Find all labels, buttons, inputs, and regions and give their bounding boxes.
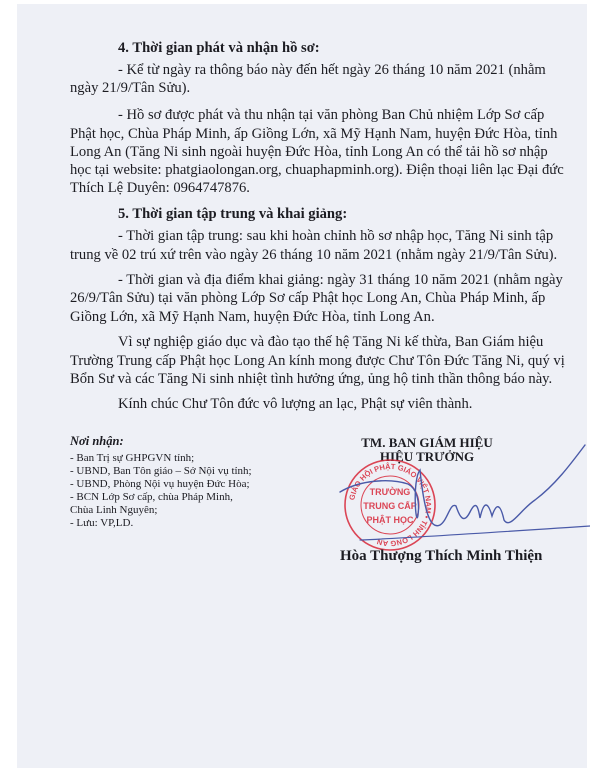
recipient-item: - UBND, Ban Tôn giáo – Sở Nội vụ tỉnh;: [70, 465, 252, 478]
signer-name: Hòa Thượng Thích Minh Thiện: [340, 548, 542, 565]
section-4-p2-line1: - Hồ sơ được phát và thu nhận tại văn ph…: [118, 107, 538, 124]
recipient-item: Chùa Linh Nguyên;: [70, 504, 157, 517]
section-4-p2-line3: Long An (Tăng Ni sinh ngoài huyện Đức Hò…: [70, 144, 538, 161]
recipient-item: - Ban Trị sự GHPGVN tỉnh;: [70, 452, 194, 465]
recipient-item: - BCN Lớp Sơ cấp, chùa Pháp Minh,: [70, 491, 233, 504]
handwritten-signature-icon: [320, 440, 590, 550]
section-4-p1-line1: - Kể từ ngày ra thông báo này đến hết ng…: [118, 62, 538, 79]
section-4-p2-line5: Thích Lệ Duyên: 0964747876.: [70, 180, 250, 197]
section-5-p1-line1: - Thời gian tập trung: sau khi hoàn chỉn…: [118, 228, 538, 245]
section-5-p2-line3: Giồng Lớn, xã Mỹ Hạnh Nam, huyện Đức Hòa…: [70, 309, 435, 326]
closing-p1-line3: Bổn Sư và các Tăng Ni sinh nhiệt tình hư…: [70, 371, 552, 388]
section-4-p2-line4: học tại website: phatgiaolongan.org, chu…: [70, 162, 538, 179]
recipient-item: - Lưu: VP,LD.: [70, 517, 133, 530]
section-4-p1-line2: ngày 21/9/Tân Sửu).: [70, 80, 190, 97]
recipient-item: - UBND, Phòng Nội vụ huyện Đức Hòa;: [70, 478, 250, 491]
section-5-p1-line2: trung về 02 trú xứ trên vào ngày 26 thán…: [70, 247, 557, 264]
section-4-p2-line2: Phật học, Chùa Pháp Minh, ấp Giồng Lớn, …: [70, 126, 538, 143]
document-content: 4. Thời gian phát và nhận hồ sơ: - Kể từ…: [0, 0, 593, 768]
closing-p2: Kính chúc Chư Tôn đức vô lượng an lạc, P…: [118, 396, 472, 413]
closing-p1-line1: Vì sự nghiệp giáo dục và đào tạo thế hệ …: [118, 334, 538, 351]
section-5-p2-line1: - Thời gian và địa điểm khai giảng: ngày…: [118, 272, 538, 289]
section-4-heading: 4. Thời gian phát và nhận hồ sơ:: [118, 40, 320, 57]
recipients-title: Nơi nhận:: [70, 434, 124, 449]
section-5-heading: 5. Thời gian tập trung và khai giảng:: [118, 206, 347, 223]
section-5-p2-line2: 26/9/Tân Sửu) tại văn phòng Lớp Sơ cấp P…: [70, 290, 538, 307]
closing-p1-line2: Trường Trung cấp Phật học Long An kính m…: [70, 353, 538, 370]
